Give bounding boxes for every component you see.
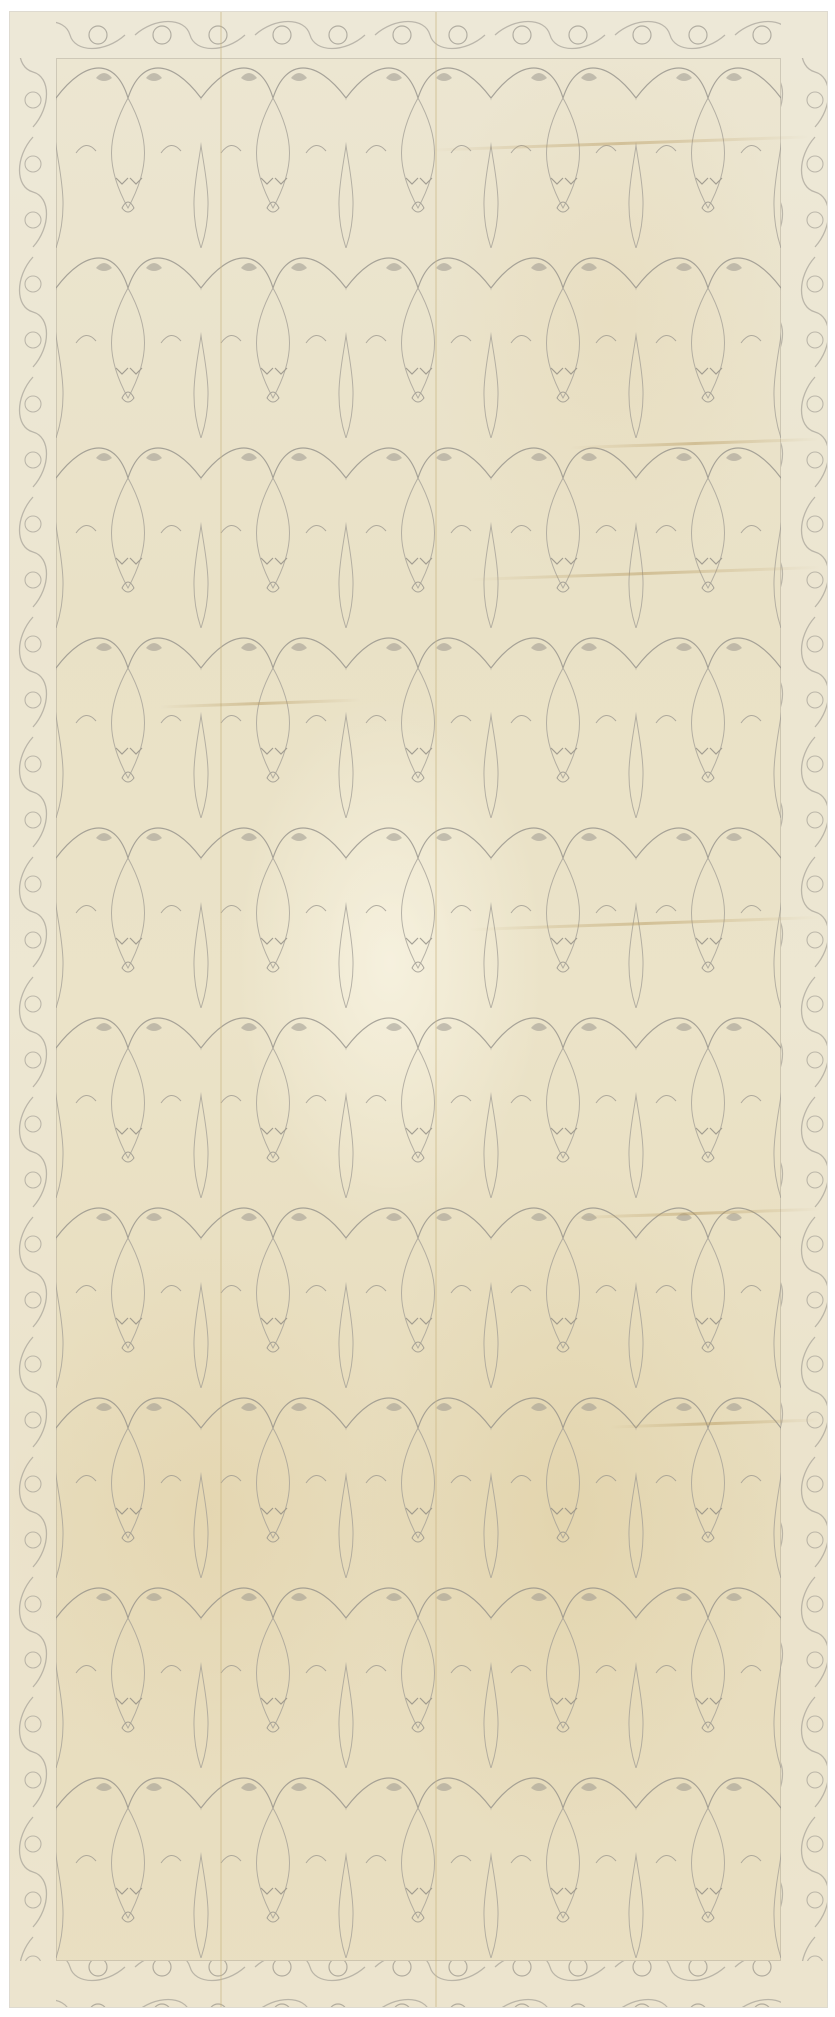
panel-seam	[435, 12, 437, 2007]
rug	[10, 12, 827, 2007]
field-lattice-pattern	[56, 58, 781, 1961]
panel-seam	[220, 12, 222, 2007]
